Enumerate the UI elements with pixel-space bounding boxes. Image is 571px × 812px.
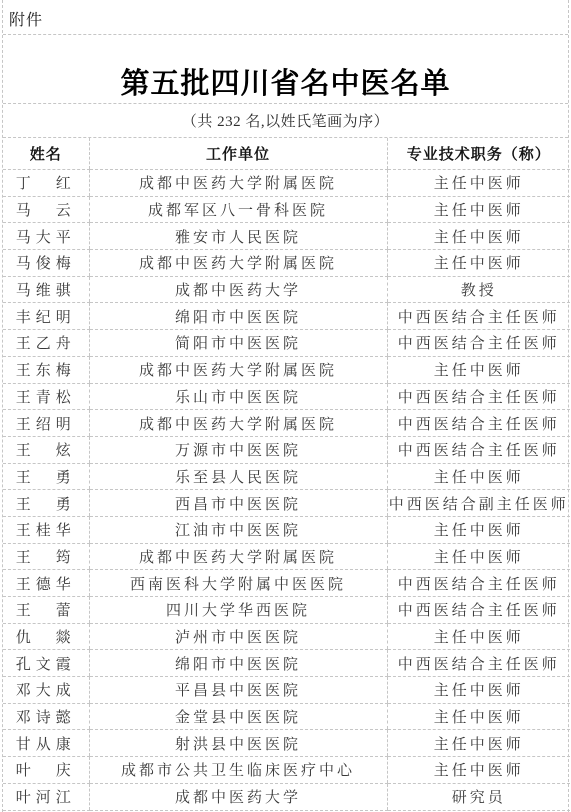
title-cell: 研究员: [387, 783, 570, 810]
table-row: 邓大成 平昌县中医医院 主任中医师: [3, 677, 570, 704]
title-cell: 教授: [387, 276, 570, 303]
unit-cell: 西昌市中医医院: [89, 490, 387, 517]
title-cell: 主任中医师: [387, 757, 570, 784]
table-row: 叶河江 成都中医药大学 研究员: [3, 783, 570, 810]
unit-cell: 成都军区八一骨科医院: [89, 196, 387, 223]
unit-cell: 成都中医药大学附属医院: [89, 356, 387, 383]
table-row: 王 勇 乐至县人民医院 主任中医师: [3, 463, 570, 490]
title-cell: 中西医结合副主任医师: [387, 490, 570, 517]
unit-cell: 成都中医药大学附属医院: [89, 250, 387, 277]
unit-cell: 平昌县中医医院: [89, 677, 387, 704]
attachment-label: 附件: [9, 7, 43, 30]
name-cell: 仇 燚: [3, 623, 89, 650]
table-row: 马大平 雅安市人民医院 主任中医师: [3, 223, 570, 250]
title-cell: 主任中医师: [387, 543, 570, 570]
col-header-title: 专业技术职务（称）: [387, 138, 570, 170]
name-cell: 马 云: [3, 196, 89, 223]
title-cell: 中西医结合主任医师: [387, 650, 570, 677]
table-header-row: 姓名 工作单位 专业技术职务（称）: [3, 138, 570, 170]
unit-cell: 雅安市人民医院: [89, 223, 387, 250]
document-page: 附件 第五批四川省名中医名单 （共 232 名,以姓氏笔画为序） 姓名 工作单位…: [0, 0, 571, 812]
name-cell: 王东梅: [3, 356, 89, 383]
table-row: 丰纪明 绵阳市中医医院 中西医结合主任医师: [3, 303, 570, 330]
table-row: 马 云 成都军区八一骨科医院 主任中医师: [3, 196, 570, 223]
name-cell: 丁 红: [3, 170, 89, 197]
unit-cell: 绵阳市中医医院: [89, 650, 387, 677]
title-cell: 中西医结合主任医师: [387, 330, 570, 357]
table-row: 丁 红 成都中医药大学附属医院 主任中医师: [3, 170, 570, 197]
table-row: 马维骐 成都中医药大学 教授: [3, 276, 570, 303]
attachment-row: 附件: [3, 0, 568, 35]
name-cell: 王 勇: [3, 490, 89, 517]
name-cell: 甘从康: [3, 730, 89, 757]
title-cell: 中西医结合主任医师: [387, 383, 570, 410]
title-cell: 主任中医师: [387, 677, 570, 704]
table-row: 王 筠 成都中医药大学附属医院 主任中医师: [3, 543, 570, 570]
title-cell: 主任中医师: [387, 250, 570, 277]
title-cell: 主任中医师: [387, 170, 570, 197]
name-cell: 马维骐: [3, 276, 89, 303]
name-cell: 王 炫: [3, 436, 89, 463]
table-row: 仇 燚 泸州市中医医院 主任中医师: [3, 623, 570, 650]
unit-cell: 绵阳市中医医院: [89, 303, 387, 330]
subtitle-row: （共 232 名,以姓氏笔画为序）: [3, 104, 568, 138]
unit-cell: 成都市公共卫生临床医疗中心: [89, 757, 387, 784]
unit-cell: 江油市中医医院: [89, 516, 387, 543]
table-row: 王桂华 江油市中医医院 主任中医师: [3, 516, 570, 543]
title-cell: 主任中医师: [387, 703, 570, 730]
name-cell: 王 勇: [3, 463, 89, 490]
table-row: 王东梅 成都中医药大学附属医院 主任中医师: [3, 356, 570, 383]
table-row: 邓诗懿 金堂县中医医院 主任中医师: [3, 703, 570, 730]
name-cell: 邓大成: [3, 677, 89, 704]
title-cell: 主任中医师: [387, 623, 570, 650]
table-row: 王 蕾 四川大学华西医院 中西医结合主任医师: [3, 597, 570, 624]
unit-cell: 成都中医药大学附属医院: [89, 170, 387, 197]
table-row: 叶 庆 成都市公共卫生临床医疗中心 主任中医师: [3, 757, 570, 784]
name-cell: 王绍明: [3, 410, 89, 437]
unit-cell: 射洪县中医医院: [89, 730, 387, 757]
page-title: 第五批四川省名中医名单: [120, 69, 450, 101]
title-cell: 中西医结合主任医师: [387, 303, 570, 330]
table-row: 王德华 西南医科大学附属中医医院 中西医结合主任医师: [3, 570, 570, 597]
unit-cell: 成都中医药大学附属医院: [89, 543, 387, 570]
table-row: 王青松 乐山市中医医院 中西医结合主任医师: [3, 383, 570, 410]
title-cell: 中西医结合主任医师: [387, 570, 570, 597]
name-cell: 孔文霞: [3, 650, 89, 677]
title-cell: 主任中医师: [387, 730, 570, 757]
unit-cell: 金堂县中医医院: [89, 703, 387, 730]
unit-cell: 成都中医药大学: [89, 276, 387, 303]
unit-cell: 成都中医药大学: [89, 783, 387, 810]
table-row: 马俊梅 成都中医药大学附属医院 主任中医师: [3, 250, 570, 277]
table-row: 王绍明 成都中医药大学附属医院 中西医结合主任医师: [3, 410, 570, 437]
name-cell: 王 筠: [3, 543, 89, 570]
table-row: 孔文霞 绵阳市中医医院 中西医结合主任医师: [3, 650, 570, 677]
name-cell: 马大平: [3, 223, 89, 250]
name-cell: 王乙舟: [3, 330, 89, 357]
names-table: 姓名 工作单位 专业技术职务（称） 丁 红 成都中医药大学附属医院 主任中医师 …: [3, 138, 570, 811]
unit-cell: 成都中医药大学附属医院: [89, 410, 387, 437]
unit-cell: 乐至县人民医院: [89, 463, 387, 490]
page-subtitle: （共 232 名,以姓氏笔画为序）: [182, 110, 389, 131]
unit-cell: 泸州市中医医院: [89, 623, 387, 650]
name-cell: 叶河江: [3, 783, 89, 810]
table-row: 王 炫 万源市中医医院 中西医结合主任医师: [3, 436, 570, 463]
title-cell: 主任中医师: [387, 223, 570, 250]
unit-cell: 简阳市中医医院: [89, 330, 387, 357]
title-cell: 中西医结合主任医师: [387, 436, 570, 463]
title-cell: 主任中医师: [387, 356, 570, 383]
table-row: 甘从康 射洪县中医医院 主任中医师: [3, 730, 570, 757]
col-header-unit: 工作单位: [89, 138, 387, 170]
title-cell: 主任中医师: [387, 463, 570, 490]
unit-cell: 西南医科大学附属中医医院: [89, 570, 387, 597]
document-sheet: 附件 第五批四川省名中医名单 （共 232 名,以姓氏笔画为序） 姓名 工作单位…: [2, 0, 569, 812]
title-cell: 中西医结合主任医师: [387, 597, 570, 624]
name-cell: 王青松: [3, 383, 89, 410]
table-row: 王 勇 西昌市中医医院 中西医结合副主任医师: [3, 490, 570, 517]
title-cell: 中西医结合主任医师: [387, 410, 570, 437]
unit-cell: 万源市中医医院: [89, 436, 387, 463]
name-cell: 马俊梅: [3, 250, 89, 277]
name-cell: 王桂华: [3, 516, 89, 543]
name-cell: 丰纪明: [3, 303, 89, 330]
name-cell: 王 蕾: [3, 597, 89, 624]
table-row: 王乙舟 简阳市中医医院 中西医结合主任医师: [3, 330, 570, 357]
title-row: 第五批四川省名中医名单: [3, 35, 568, 104]
title-cell: 主任中医师: [387, 516, 570, 543]
unit-cell: 乐山市中医医院: [89, 383, 387, 410]
name-cell: 叶 庆: [3, 757, 89, 784]
unit-cell: 四川大学华西医院: [89, 597, 387, 624]
name-cell: 王德华: [3, 570, 89, 597]
title-cell: 主任中医师: [387, 196, 570, 223]
name-cell: 邓诗懿: [3, 703, 89, 730]
col-header-name: 姓名: [3, 138, 89, 170]
